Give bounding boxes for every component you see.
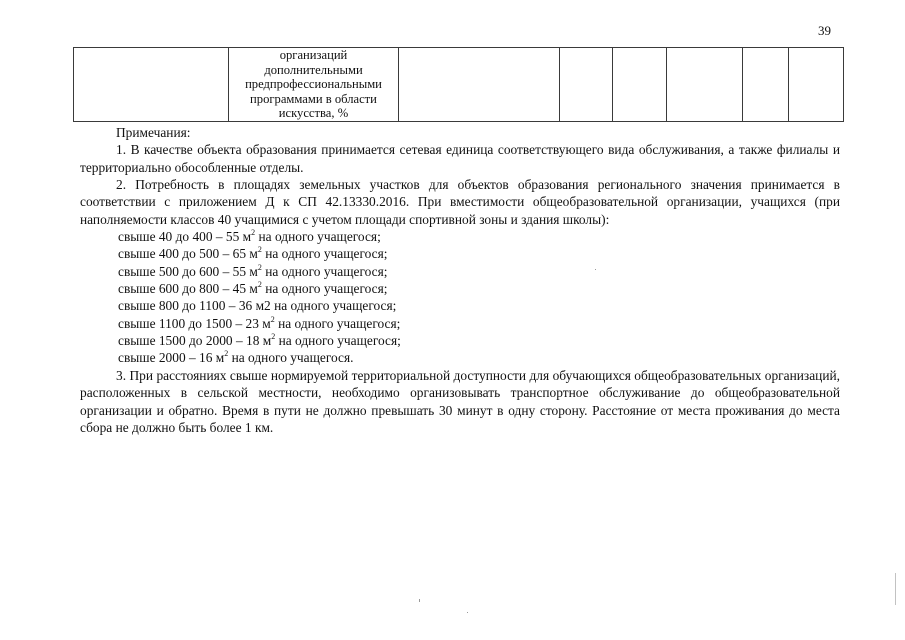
list-item: свыше 600 до 800 – 45 м2 на одного учаще… — [118, 280, 840, 297]
list-item: свыше 40 до 400 – 55 м2 на одного учащег… — [118, 228, 840, 245]
table-row: организаций дополнительными предпрофесси… — [74, 48, 844, 122]
notes-heading: Примечания: — [80, 124, 840, 141]
area-norms-list: свыше 40 до 400 – 55 м2 на одного учащег… — [80, 228, 840, 367]
scan-artifact — [419, 599, 420, 602]
table-cell-value — [667, 48, 743, 122]
scan-artifact — [595, 269, 596, 270]
list-item: свыше 1100 до 1500 – 23 м2 на одного уча… — [118, 315, 840, 332]
table-cell-value — [743, 48, 789, 122]
table-cell-indicator: организаций дополнительными предпрофесси… — [229, 48, 399, 122]
list-item: свыше 2000 – 16 м2 на одного учащегося. — [118, 349, 840, 366]
indicator-line: искусства, % — [229, 106, 398, 121]
indicator-line: программами в области — [229, 92, 398, 107]
indicator-line: дополнительными — [229, 63, 398, 78]
table-cell-index — [74, 48, 229, 122]
scan-artifact — [895, 573, 896, 605]
table-cell-value — [399, 48, 560, 122]
note-1: 1. В качестве объекта образования приним… — [80, 141, 840, 176]
page-number: 39 — [818, 24, 831, 38]
indicator-line: предпрофессиональными — [229, 77, 398, 92]
continued-table: организаций дополнительными предпрофесси… — [73, 47, 844, 122]
list-item: свыше 500 до 600 – 55 м2 на одного учаще… — [118, 263, 840, 280]
table-cell-value — [613, 48, 667, 122]
table-cell-value — [789, 48, 844, 122]
note-3: 3. При расстояниях свыше нормируемой тер… — [80, 367, 840, 436]
note-2: 2. Потребность в площадях земельных учас… — [80, 176, 840, 228]
table-cell-value — [560, 48, 613, 122]
scan-artifact — [467, 612, 468, 613]
list-item: свыше 800 до 1100 – 36 м2 на одного учащ… — [118, 297, 840, 314]
notes-section: Примечания: 1. В качестве объекта образо… — [80, 124, 840, 436]
list-item: свыше 1500 до 2000 – 18 м2 на одного уча… — [118, 332, 840, 349]
list-item: свыше 400 до 500 – 65 м2 на одного учаще… — [118, 245, 840, 262]
indicator-line: организаций — [229, 48, 398, 63]
